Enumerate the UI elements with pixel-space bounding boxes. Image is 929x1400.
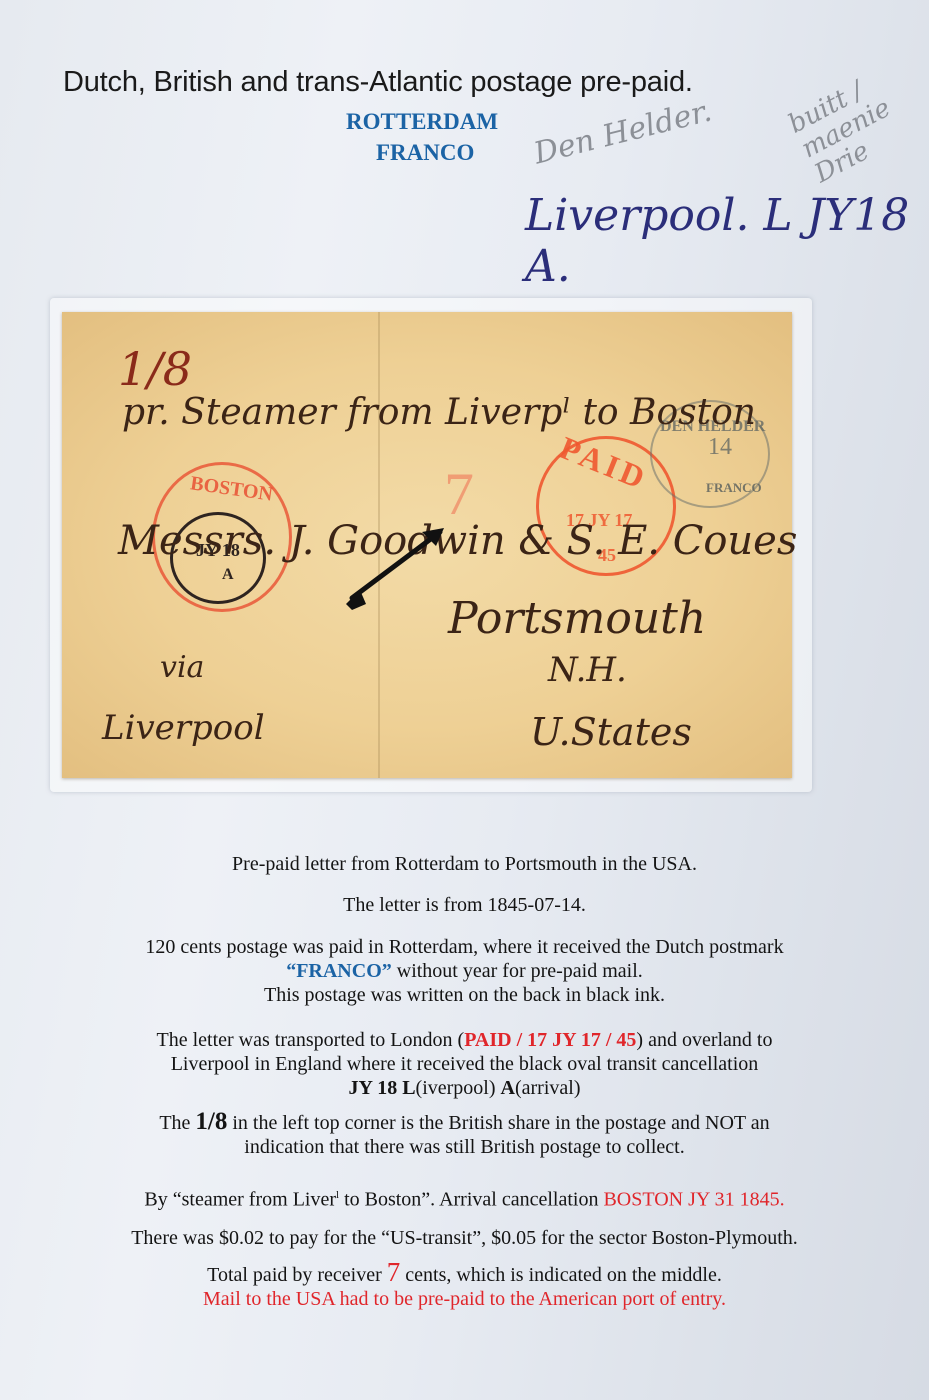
address-line-state: N.H. xyxy=(548,650,627,690)
text: cents, which is indicated on the middle. xyxy=(400,1264,722,1286)
jy-highlight: JY 18 L xyxy=(349,1077,416,1099)
rate-highlight: 1/8 xyxy=(195,1108,227,1135)
text: By “steamer from Liver xyxy=(144,1189,336,1211)
text: Total paid by receiver xyxy=(207,1264,387,1286)
text: indication that there was still British … xyxy=(244,1136,684,1158)
seven-highlight: 7 xyxy=(387,1257,401,1287)
text: in the left top corner is the British sh… xyxy=(227,1112,769,1134)
prepaid-note: Mail to the USA had to be pre-paid to th… xyxy=(203,1288,726,1310)
description-london-liverpool: The letter was transported to London (PA… xyxy=(0,1028,929,1100)
page-title: Dutch, British and trans-Atlantic postag… xyxy=(0,66,929,99)
description-route: Pre-paid letter from Rotterdam to Portsm… xyxy=(0,852,929,876)
rate-mark: 1/8 xyxy=(118,342,192,396)
description-rotterdam-postage: 120 cents postage was paid in Rotterdam,… xyxy=(0,935,929,1007)
text: (arrival) xyxy=(515,1077,581,1099)
text: to Boston”. Arrival cancellation xyxy=(339,1189,603,1211)
text: This postage was written on the back in … xyxy=(264,984,665,1006)
address-line-city: Portsmouth xyxy=(448,593,706,644)
franco-highlight: “FRANCO” xyxy=(286,960,392,982)
text: without year for pre-paid mail. xyxy=(392,960,643,982)
paid-highlight: PAID / 17 JY 17 / 45 xyxy=(464,1029,636,1051)
address-line-country: U.States xyxy=(530,710,692,754)
pencil-note-den-helder: Den Helder. xyxy=(530,94,715,172)
description-date: The letter is from 1845-07-14. xyxy=(0,893,929,917)
den-helder-postmark-day: 14 xyxy=(708,434,732,461)
text: (iverpool) xyxy=(416,1077,501,1099)
franco-stamp-label: FRANCO xyxy=(376,140,474,166)
address-line-recipient: Messrs. J. Goodwin & S. E. Coues xyxy=(118,518,797,564)
pointer-arrow-icon xyxy=(340,520,450,610)
description-british-share: The 1/8 in the left top corner is the Br… xyxy=(0,1110,929,1159)
ink-note-liverpool: Liverpool. L JY18 A. xyxy=(525,190,929,292)
text: ) and overland to xyxy=(636,1029,772,1051)
text: 120 cents postage was paid in Rotterdam,… xyxy=(145,936,783,958)
text: The xyxy=(159,1112,195,1134)
routing-via: via xyxy=(160,650,204,685)
description-us-transit: There was $0.02 to pay for the “US-trans… xyxy=(0,1226,929,1250)
description-total: Total paid by receiver 7 cents, which is… xyxy=(0,1260,929,1311)
liverpool-postmark-code: A xyxy=(222,566,234,584)
text: The letter was transported to London ( xyxy=(157,1029,465,1051)
franco-postmark: FRANCO xyxy=(706,480,762,496)
rotterdam-stamp-label: ROTTERDAM xyxy=(346,109,498,135)
a-highlight: A xyxy=(501,1077,515,1099)
text: Liverpool in England where it received t… xyxy=(171,1053,759,1075)
routing-liverpool: Liverpool xyxy=(102,708,265,748)
address-line-steamer: pr. Steamer from Liverpˡ to Boston xyxy=(122,392,756,433)
description-steamer: By “steamer from Liverl to Boston”. Arri… xyxy=(0,1183,929,1212)
boston-highlight: BOSTON JY 31 1845. xyxy=(603,1189,784,1211)
